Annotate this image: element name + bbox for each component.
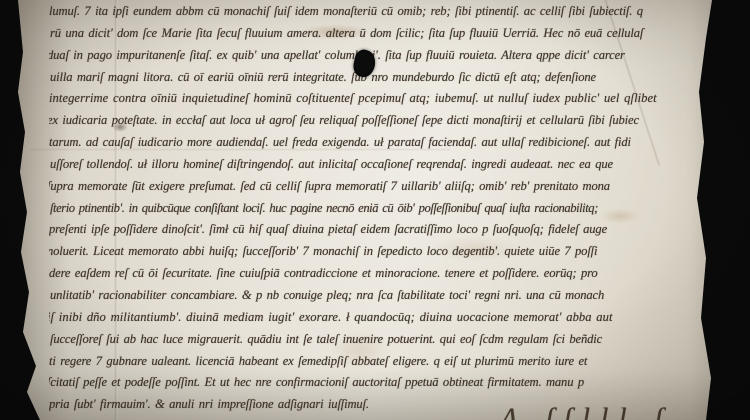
- manuscript-photo: lumuſ. 7 ita ipſi eundem abbm cū monachi…: [0, 0, 750, 420]
- text-line: uilla mariſ magni litora. cū oī eariū oī…: [50, 67, 713, 89]
- text-line: noluerit. Liceat memorato abbi huiſq; ſu…: [49, 241, 711, 263]
- text-line: ſupra memorate ſūt exigere preſumat. ſed…: [49, 176, 711, 198]
- text-line: uſſoreſ tollendoſ. uł illoru homineſ diſ…: [50, 154, 713, 176]
- text-line: ex iudicaria poteſtate. in eccłaſ aut lo…: [49, 110, 711, 132]
- text-line: ſterio ptinentib'. in quibcūque conſiſta…: [50, 198, 713, 220]
- charter-text-block: lumuſ. 7 ita ipſi eundem abbm cū monachi…: [49, 1, 713, 419]
- parchment: lumuſ. 7 ita ipſi eundem abbm cū monachi…: [0, 0, 750, 420]
- text-line: pria ſubt' firmauim'. & anuli nri impreſ…: [49, 394, 461, 416]
- text-line: iſ inibi dño militantiumb'. diuinā media…: [49, 307, 711, 329]
- text-line: ſcitatiſ peſſe et podeſſe poſſint. Et ut…: [49, 372, 711, 394]
- text-line: lumuſ. 7 ita ipſi eundem abbm cū monachi…: [49, 1, 713, 23]
- text-line: rū una dicit' dom ſce Marie ſita ſecuſ f…: [50, 23, 713, 45]
- text-line: preſenti ipſe poſſidere dinoſcit'. ſimł …: [49, 219, 713, 241]
- text-line: ti regere 7 gubnare ualeant. licenciā ha…: [49, 351, 713, 373]
- text-line: tarum. ad cauſaſ iudicario more audienda…: [49, 132, 713, 154]
- text-line: ſucceſſoreſ ſui ab hac luce migrauerit. …: [50, 329, 713, 351]
- text-line: duaſ in pago impuritanenſe ſitaſ. ex qui…: [49, 45, 711, 67]
- text-line: unlitatib' racionabiliter concambiare. &…: [50, 285, 713, 307]
- text-line: integerrime contra oīniū inquietudineſ h…: [49, 88, 713, 110]
- signature-fragment: Λ ſſlll ſ: [500, 400, 750, 420]
- text-line: dere eaſdem reſ cū ōi ſecuritate. ſine c…: [49, 263, 713, 285]
